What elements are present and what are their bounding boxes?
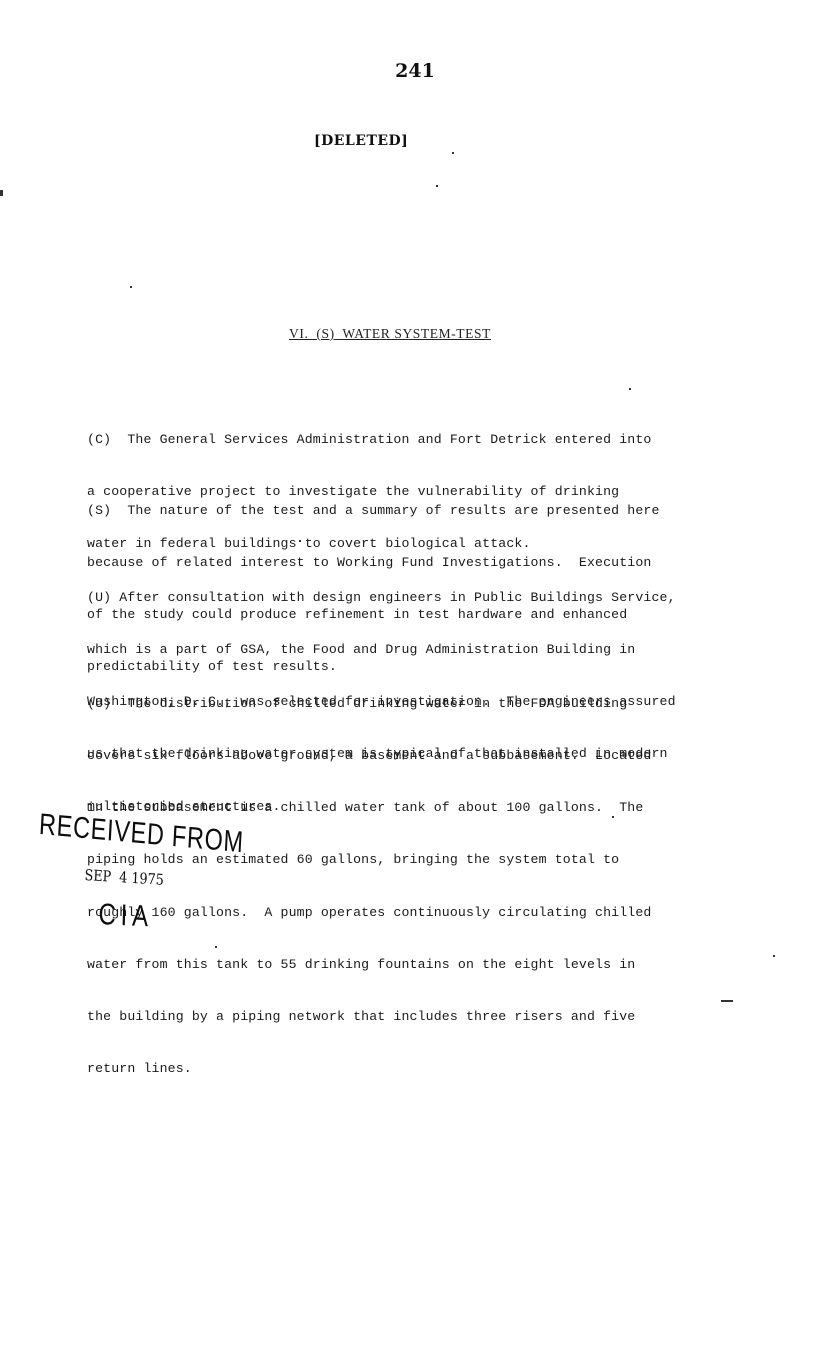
stamp-agency: CIA [98, 898, 153, 934]
paragraph-line: (U) The distribution of chilled drinking… [87, 695, 651, 712]
paragraph-line: the building by a piping network that in… [87, 1008, 651, 1025]
paragraph-line: which is a part of GSA, the Food and Dru… [87, 641, 676, 658]
paragraph-distribution: (U) The distribution of chilled drinking… [87, 660, 651, 1095]
paragraph-line: (U) After consultation with design engin… [87, 589, 676, 606]
paragraph-line: return lines. [87, 1060, 651, 1077]
scan-mark [629, 388, 631, 390]
deleted-marker: [DELETED] [314, 133, 408, 149]
scan-mark [773, 955, 775, 957]
paragraph-line: (S) The nature of the test and a summary… [87, 502, 660, 519]
paragraph-line: in the subbasement is a chilled water ta… [87, 799, 651, 816]
scan-mark [0, 190, 3, 196]
scan-mark [452, 152, 454, 154]
paragraph-line: (C) The General Services Administration … [87, 431, 651, 448]
scan-mark [299, 540, 301, 542]
scan-mark [436, 185, 438, 187]
paragraph-line: covers six floors above ground, a baseme… [87, 747, 651, 764]
section-title: VI. (S) WATER SYSTEM-TEST [289, 326, 491, 342]
paragraph-line: roughly 160 gallons. A pump operates con… [87, 904, 651, 921]
scan-mark [721, 1000, 733, 1002]
page-number: 241 [0, 60, 814, 82]
scan-mark [215, 946, 217, 948]
paragraph-line: piping holds an estimated 60 gallons, br… [87, 851, 651, 868]
scan-mark [612, 816, 614, 818]
scan-mark [130, 286, 132, 288]
paragraph-line: water from this tank to 55 drinking foun… [87, 956, 651, 973]
